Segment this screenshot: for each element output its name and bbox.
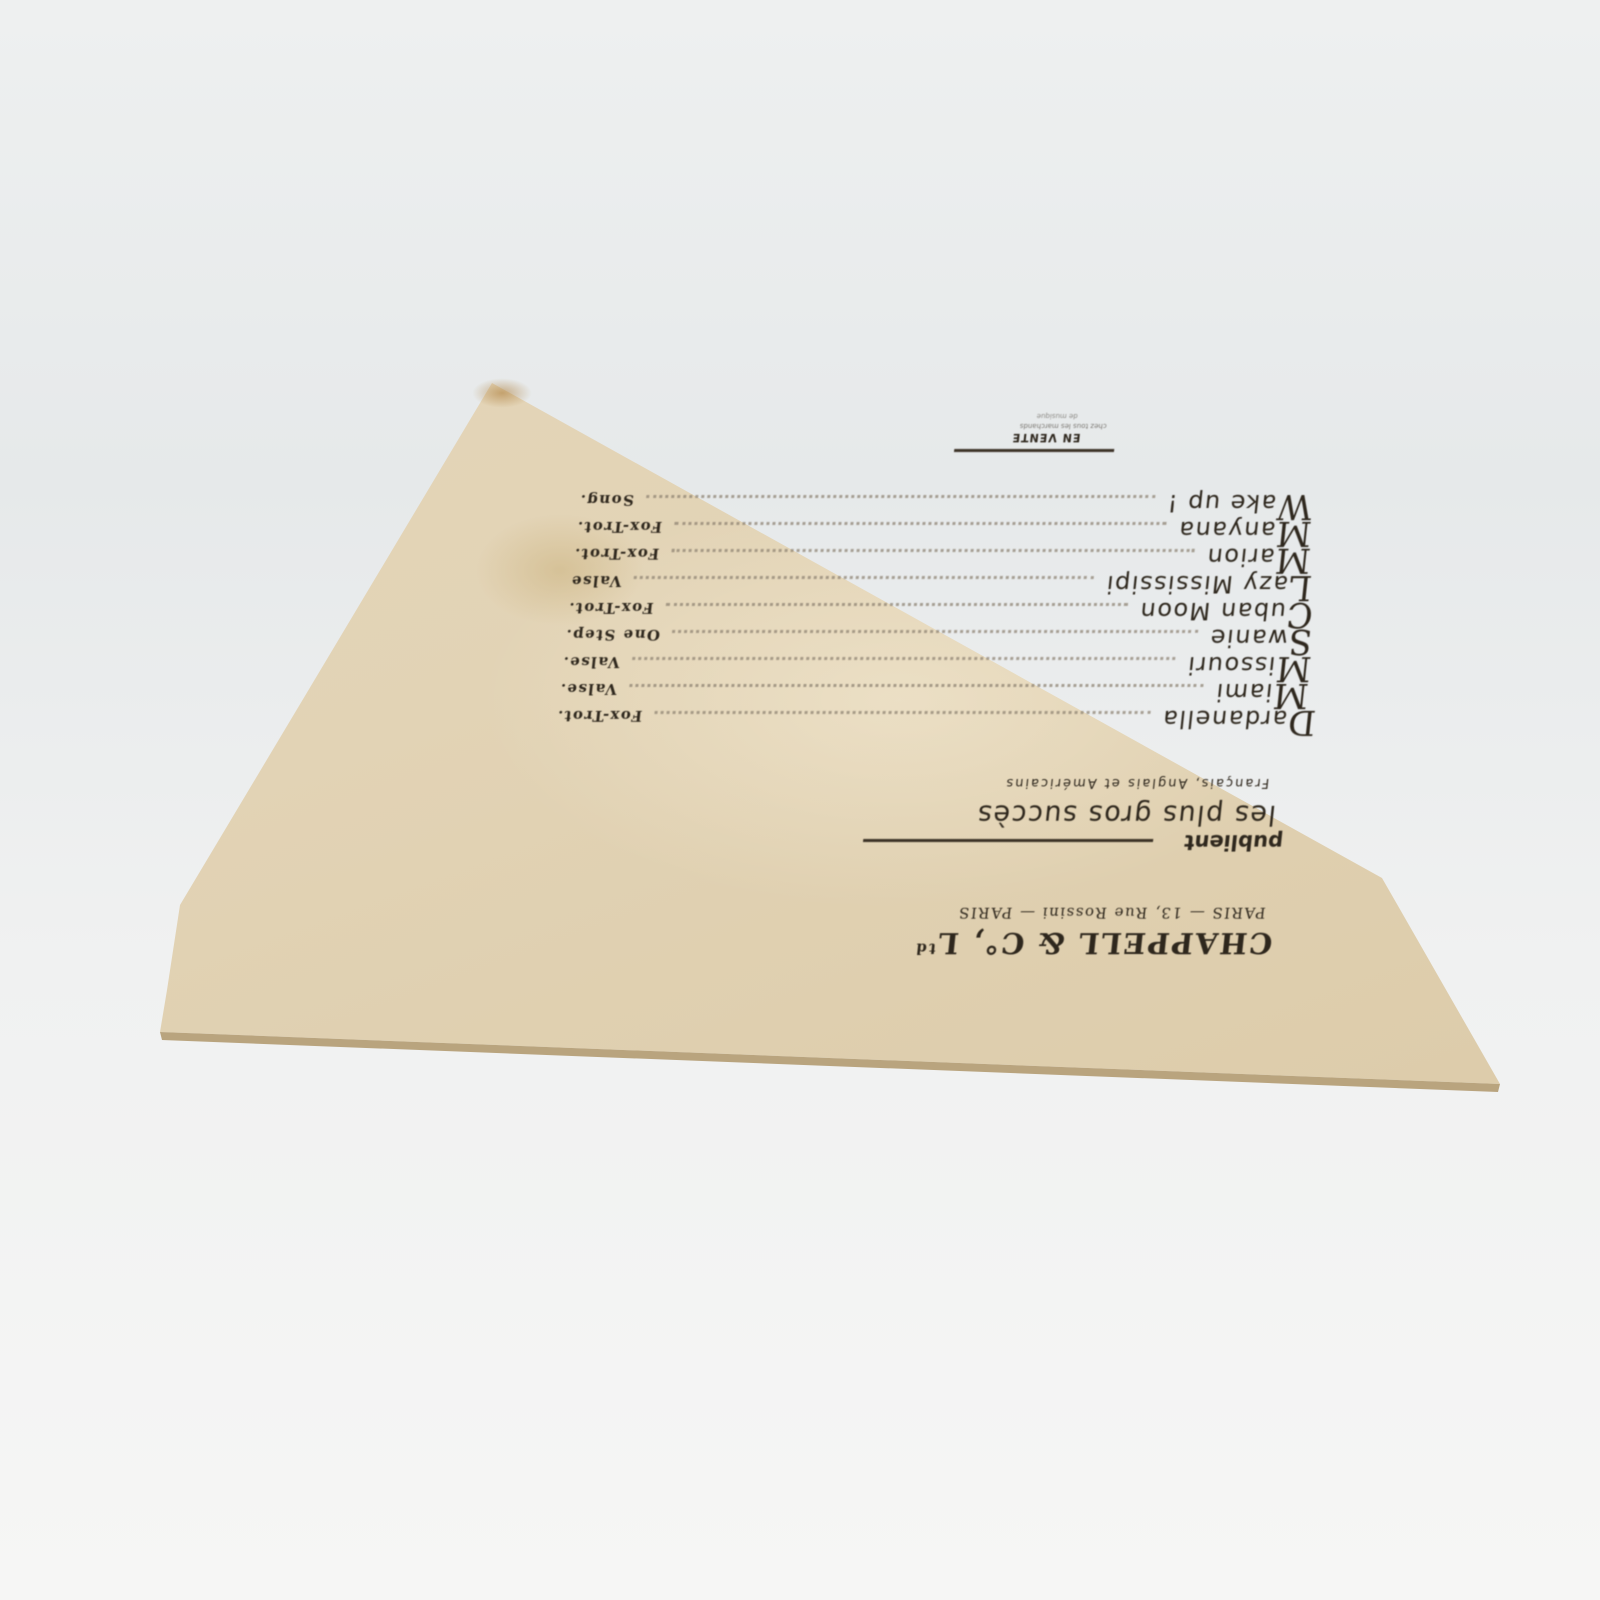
song-entry: Cuban MoonFox-Trot.	[565, 607, 1314, 634]
printed-content: CHAPPELL & C°, Ltd PARIS — 13, Rue Rossi…	[531, 400, 1350, 960]
song-entry: DardanellaFox-Trot.	[553, 715, 1316, 742]
song-entry: Lazy MississipiValse	[568, 580, 1313, 607]
song-initial: W	[1274, 486, 1315, 526]
footer-title: EN VENTE	[1011, 431, 1081, 444]
song-title-rest: ake up !	[1165, 489, 1278, 517]
song-entry: MiamiValse.	[556, 688, 1309, 715]
song-title: Wake up !	[1164, 486, 1315, 526]
song-entry: Wake up !Song.	[576, 499, 1313, 526]
song-list: DardanellaFox-Trot.MiamiValse.MissouriVa…	[553, 499, 1339, 742]
song-entry: MissouriValse.	[559, 661, 1312, 688]
publisher-name: CHAPPELL & C°, Ltd	[913, 926, 1274, 960]
intro-verb: publient	[1183, 830, 1284, 854]
dot-leader	[646, 495, 1155, 499]
publisher-address: PARIS — 13, Rue Rossini — PARIS	[957, 904, 1267, 922]
photo-scene: CHAPPELL & C°, Ltd PARIS — 13, Rue Rossi…	[0, 0, 1600, 1600]
footer-line: de musique	[1036, 412, 1078, 420]
corner-stain	[472, 378, 532, 408]
divider-rule	[954, 449, 1114, 452]
footer-line: chez tous les marchands	[1019, 422, 1107, 430]
headline: les plus gros succès	[975, 799, 1278, 830]
song-entry: SwanieOne Step.	[562, 634, 1313, 661]
divider-rule	[863, 839, 1153, 842]
song-entry: ManyanaFox-Trot.	[573, 526, 1312, 553]
song-genre: Song.	[578, 491, 635, 509]
song-entry: MarionFox-Trot.	[571, 553, 1312, 580]
subtitle: Français, Anglais et Américains	[1004, 775, 1270, 790]
